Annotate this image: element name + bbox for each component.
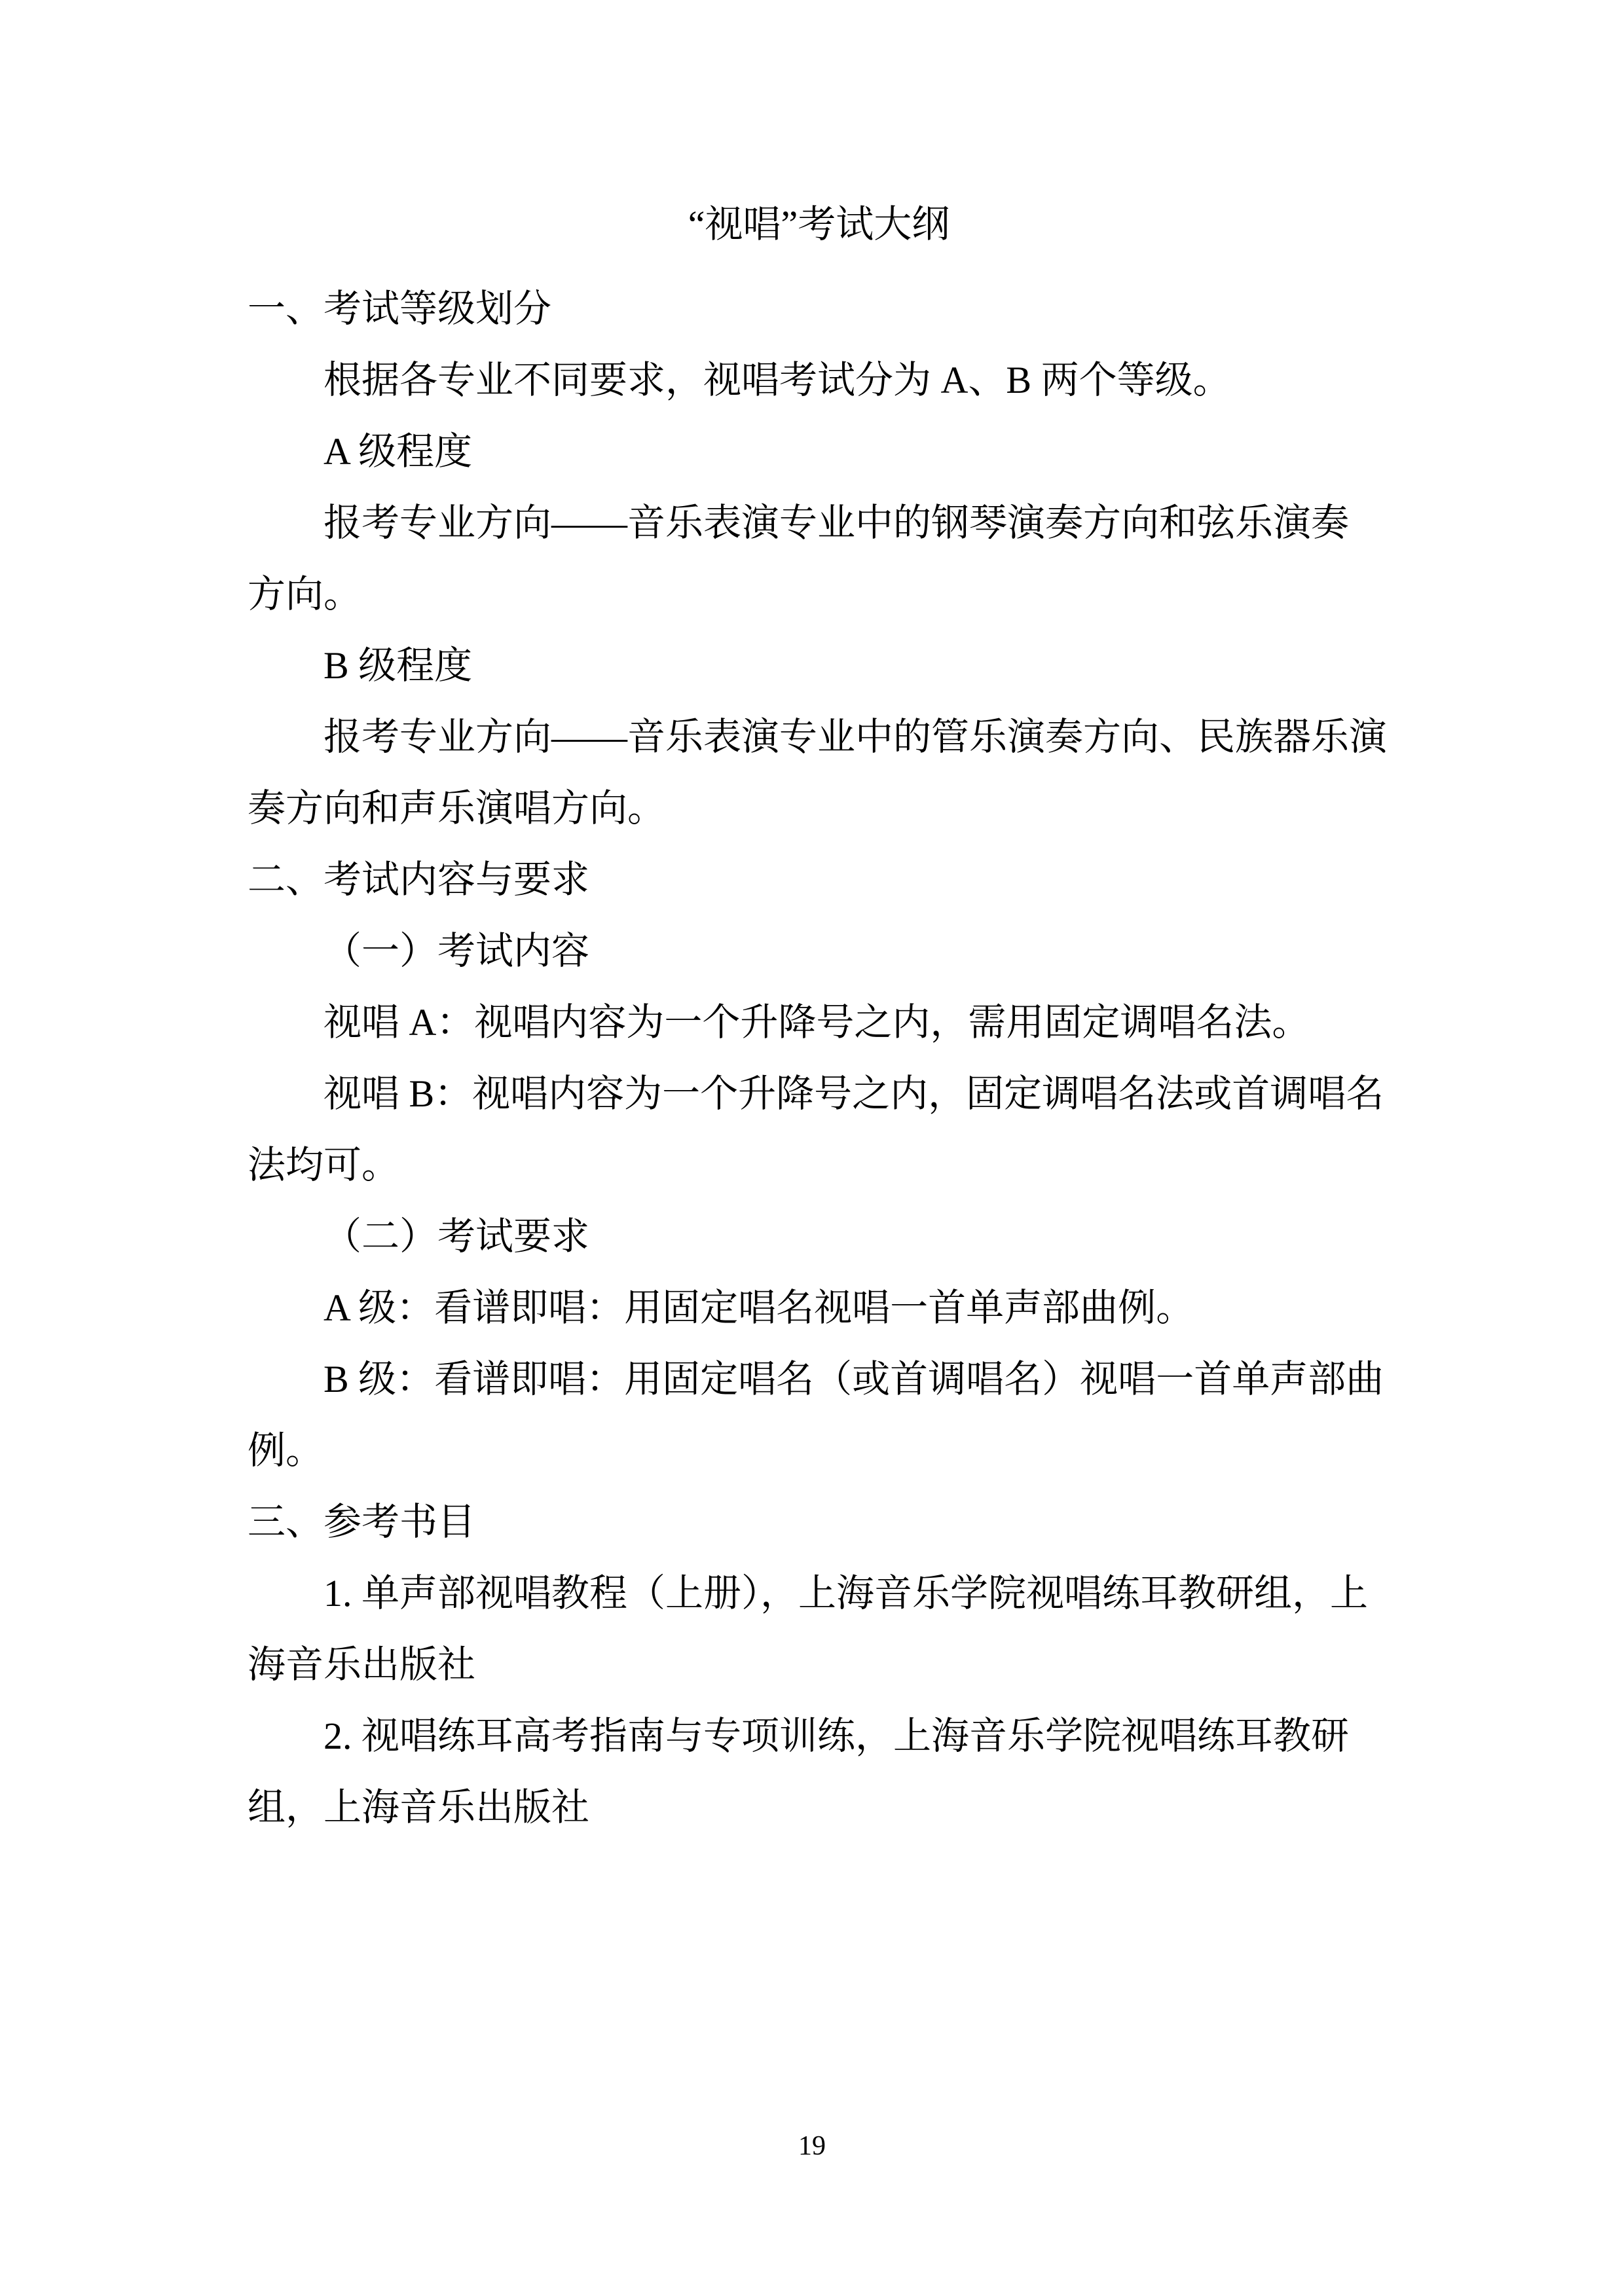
- text-line: 组，上海音乐出版社: [248, 1772, 1390, 1843]
- text-line: 奏方向和声乐演唱方向。: [248, 773, 1390, 844]
- text-line: 三、参考书目: [248, 1486, 1390, 1558]
- page-number: 19: [0, 2126, 1624, 2166]
- document-page: “视唱”考试大纲 一、考试等级划分根据各专业不同要求，视唱考试分为 A、B 两个…: [0, 0, 1624, 2296]
- text-line: 视唱 B：视唱内容为一个升降号之内，固定调唱名法或首调唱名: [248, 1058, 1390, 1129]
- text-line: 二、考试内容与要求: [248, 844, 1390, 915]
- text-line: A 级：看谱即唱：用固定唱名视唱一首单声部曲例。: [248, 1272, 1390, 1343]
- text-line: 根据各专业不同要求，视唱考试分为 A、B 两个等级。: [248, 344, 1390, 416]
- text-line: 海音乐出版社: [248, 1629, 1390, 1700]
- text-line: 报考专业方向——音乐表演专业中的钢琴演奏方向和弦乐演奏: [248, 487, 1390, 558]
- text-line: 2. 视唱练耳高考指南与专项训练，上海音乐学院视唱练耳教研: [248, 1700, 1390, 1772]
- text-line: B 级：看谱即唱：用固定唱名（或首调唱名）视唱一首单声部曲: [248, 1343, 1390, 1415]
- text-line: （一）考试内容: [248, 915, 1390, 987]
- text-line: 1. 单声部视唱教程（上册），上海音乐学院视唱练耳教研组，上: [248, 1558, 1390, 1629]
- document-lines: 一、考试等级划分根据各专业不同要求，视唱考试分为 A、B 两个等级。A 级程度报…: [248, 273, 1390, 1843]
- text-line: 视唱 A：视唱内容为一个升降号之内，需用固定调唱名法。: [248, 987, 1390, 1058]
- text-line: 例。: [248, 1415, 1390, 1486]
- text-line: 报考专业方向——音乐表演专业中的管乐演奏方向、民族器乐演: [248, 701, 1390, 773]
- document-title: “视唱”考试大纲: [248, 189, 1390, 260]
- text-line: 法均可。: [248, 1129, 1390, 1201]
- text-line: 方向。: [248, 558, 1390, 630]
- text-line: B 级程度: [248, 630, 1390, 701]
- text-line: 一、考试等级划分: [248, 273, 1390, 344]
- text-line: A 级程度: [248, 416, 1390, 487]
- document-content: “视唱”考试大纲 一、考试等级划分根据各专业不同要求，视唱考试分为 A、B 两个…: [248, 189, 1390, 1843]
- text-line: （二）考试要求: [248, 1201, 1390, 1272]
